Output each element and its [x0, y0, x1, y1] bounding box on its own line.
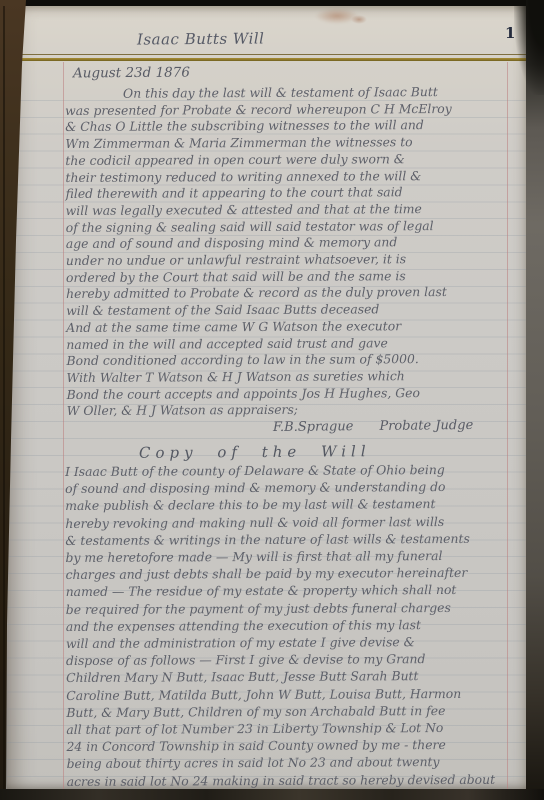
will-copy-text: I Isaac Butt of the county of Delaware &… [65, 461, 515, 790]
will-copy-heading: Copy of the Will [139, 442, 371, 462]
manuscript-line: acres in said lot No 24 making in said t… [67, 770, 515, 790]
manuscript-line: W Oller, & H J Watson as appraisers; [67, 401, 515, 420]
probate-entry-text: On this day the last will & testament of… [65, 84, 515, 420]
binding-stitch-line [3, 6, 5, 789]
ledger-page: Isaac Butts Will 1 August 23d 1876 On th… [7, 6, 527, 789]
header-double-rule-bottom [7, 58, 527, 61]
probate-judge-signature: F.B.Sprague [273, 419, 354, 435]
probate-entry-date: August 23d 1876 [73, 65, 190, 82]
page-right-backdrop [526, 0, 544, 800]
top-right-shadow [514, 0, 544, 95]
header-double-rule-top [7, 54, 527, 55]
paper-stain [351, 15, 367, 24]
signature-row: F.B.Sprague Probate Judge [273, 418, 473, 435]
probate-judge-title: Probate Judge [379, 418, 473, 434]
photo-bottom-edge [0, 789, 544, 800]
page-title: Isaac Butts Will [137, 29, 265, 48]
left-margin-rule [63, 62, 64, 790]
scanned-record-photo: Isaac Butts Will 1 August 23d 1876 On th… [0, 0, 544, 800]
